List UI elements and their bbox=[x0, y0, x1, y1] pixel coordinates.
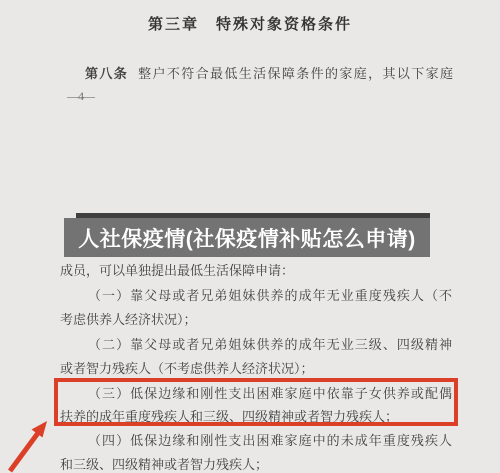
article-paragraph: 第八条整户不符合最低生活保障条件的家庭，其以下家庭 bbox=[85, 63, 453, 82]
body-line: 扶养的成年重度残疾人和三级、四级精神或者智力残疾人； bbox=[60, 408, 452, 425]
article-text: 整户不符合最低生活保障条件的家庭，其以下家庭 bbox=[138, 66, 453, 81]
red-arrow-icon bbox=[0, 408, 62, 473]
body-line: 考虑供养人经济状况）； bbox=[60, 311, 452, 328]
document-page: 第三章 特殊对象资格条件 第八条整户不符合最低生活保障条件的家庭，其以下家庭 —… bbox=[0, 0, 500, 473]
body-line: 和三级、四级精神或者智力残疾人； bbox=[60, 456, 452, 473]
body-line: 成员，可以单独提出最低生活保障申请： bbox=[60, 262, 452, 279]
body-line: （三）低保边缘和刚性支出困难家庭中依靠子女供养或配偶 bbox=[88, 385, 452, 402]
body-line: （一）靠父母或者兄弟姐妹供养的成年无业重度残疾人（不 bbox=[88, 287, 452, 304]
body-line: （四）低保边缘和刚性支出困难家庭中的未成年重度残疾人 bbox=[88, 432, 452, 449]
overlay-title-text: 人社保疫情(社保疫情补贴怎么申请) bbox=[78, 223, 416, 253]
article-number-label: 第八条 bbox=[85, 66, 128, 81]
overlay-title-banner: 人社保疫情(社保疫情补贴怎么申请) bbox=[64, 218, 430, 257]
page-number: —4— bbox=[67, 89, 94, 104]
chapter-heading: 第三章 特殊对象资格条件 bbox=[0, 13, 500, 34]
body-line: 或者智力残疾人（不考虑供养人经济状况）； bbox=[60, 360, 452, 377]
body-line: （二）靠父母或者兄弟姐妹供养的成年无业三级、四级精神 bbox=[88, 336, 452, 353]
